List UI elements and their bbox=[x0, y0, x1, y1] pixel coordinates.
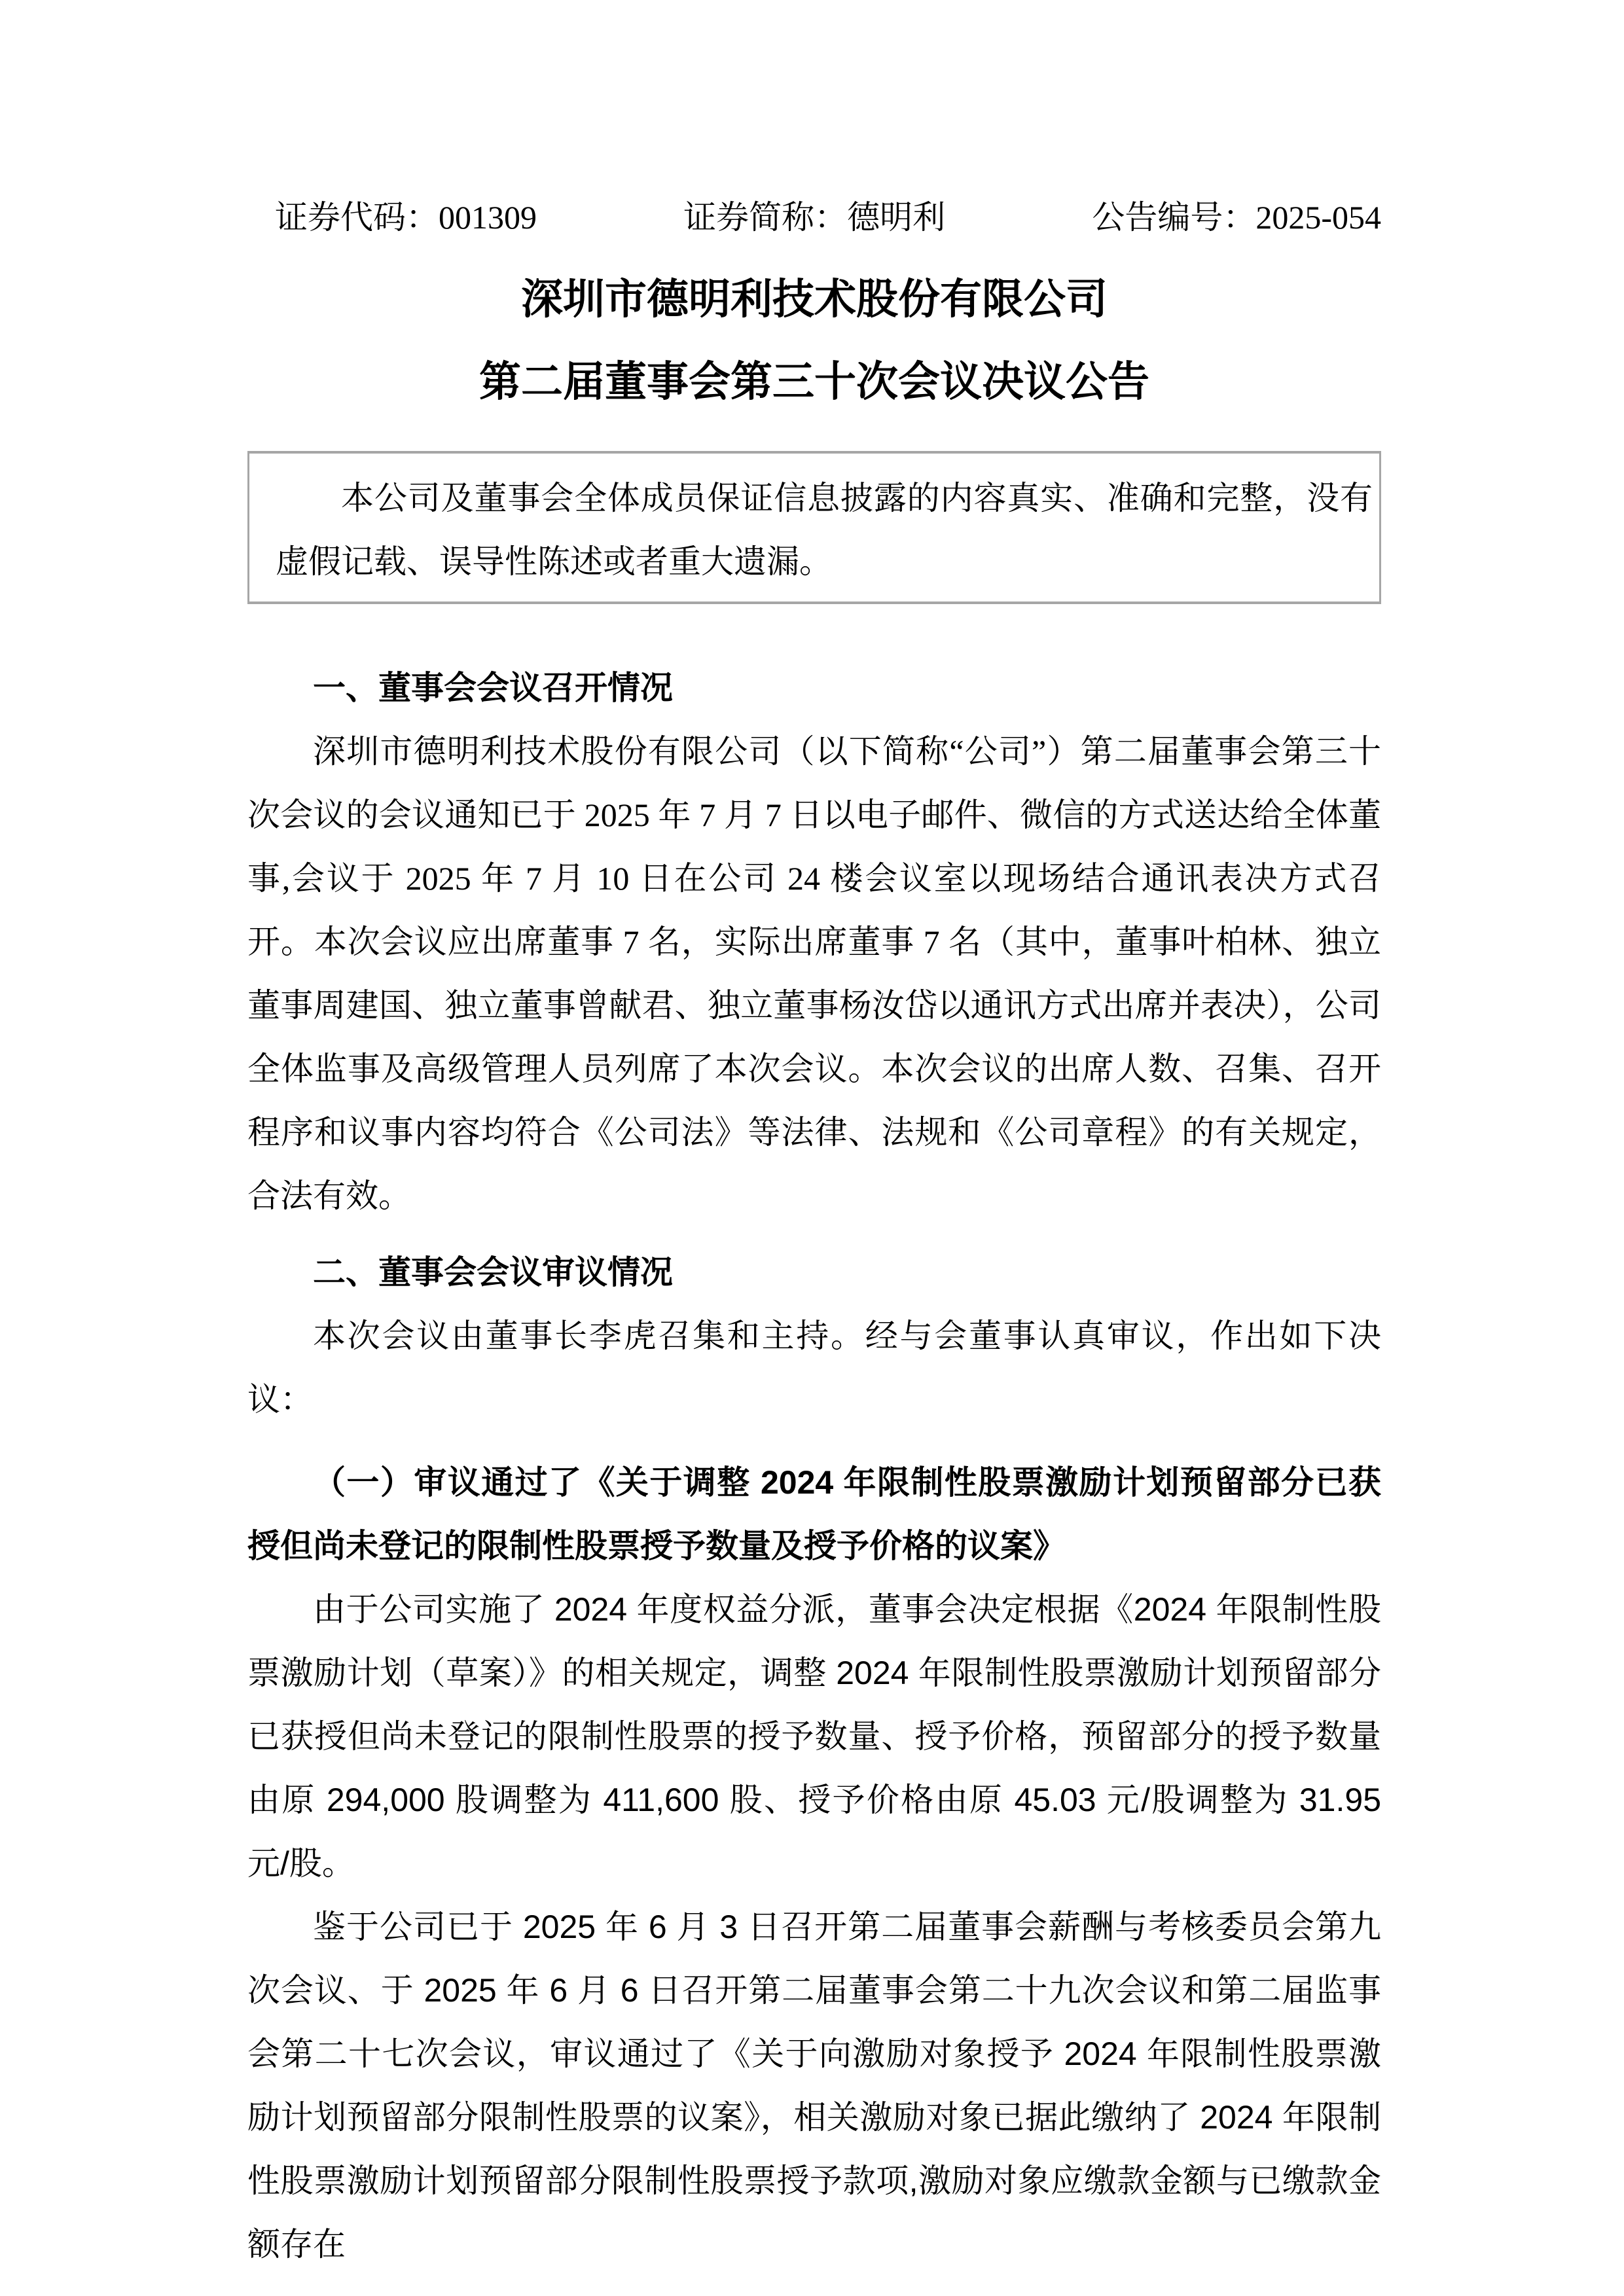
resolution-item-1-paragraph-1: 由于公司实施了 2024 年度权益分派，董事会决定根据《2024 年限制性股票激… bbox=[247, 1578, 1381, 1895]
resolution-item-1-paragraph-2: 鉴于公司已于 2025 年 6 月 3 日召开第二届董事会薪酬与考核委员会第九次… bbox=[247, 1895, 1381, 2276]
section-2-heading: 二、董事会会议审议情况 bbox=[247, 1241, 1381, 1304]
security-code: 证券代码：001309 bbox=[275, 186, 537, 249]
company-name-title: 深圳市德明利技术股份有限公司 bbox=[247, 264, 1381, 336]
section-2-intro-paragraph: 本次会议由董事长李虎召集和主持。经与会董事认真审议，作出如下决议： bbox=[247, 1304, 1381, 1431]
disclaimer-box: 本公司及董事会全体成员保证信息披露的内容真实、准确和完整，没有虚假记载、误导性陈… bbox=[247, 451, 1381, 604]
section-1-paragraph: 深圳市德明利技术股份有限公司（以下简称“公司”）第二届董事会第三十次会议的会议通… bbox=[247, 720, 1381, 1228]
disclaimer-text: 本公司及董事会全体成员保证信息披露的内容真实、准确和完整，没有虚假记载、误导性陈… bbox=[276, 467, 1373, 594]
section-1-heading: 一、董事会会议召开情况 bbox=[247, 656, 1381, 720]
document-header: 证券代码：001309 证券简称：德明利 公告编号：2025-054 bbox=[247, 186, 1381, 249]
document-page: 证券代码：001309 证券简称：德明利 公告编号：2025-054 深圳市德明… bbox=[0, 0, 1624, 2296]
announcement-number: 公告编号：2025-054 bbox=[1092, 186, 1381, 249]
announcement-title: 第二届董事会第三十次会议决议公告 bbox=[247, 346, 1381, 418]
security-abbreviation: 证券简称：德明利 bbox=[683, 186, 945, 249]
resolution-item-1-heading: （一）审议通过了《关于调整 2024 年限制性股票激励计划预留部分已获授但尚未登… bbox=[247, 1451, 1381, 1578]
